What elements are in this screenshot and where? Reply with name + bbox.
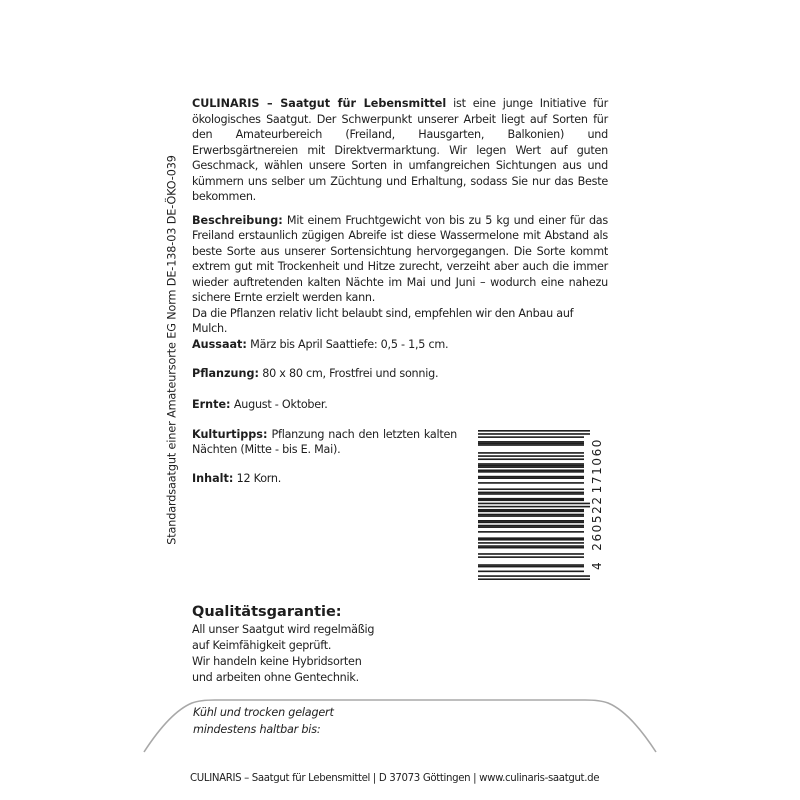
quality-title: Qualitätsgarantie: xyxy=(192,603,374,621)
main-text-block: CULINARIS – Saatgut für Lebensmittel ist… xyxy=(192,96,608,345)
field-kulturtipps: Kulturtipps: Pflanzung nach den letzten … xyxy=(192,427,457,457)
kulturtipps-label: Kulturtipps: xyxy=(192,428,267,441)
description-text: Mit einem Fruchtgewicht von bis zu 5 kg … xyxy=(192,214,608,305)
storage-note: Kühl und trocken gelagert mindestens hal… xyxy=(193,704,334,738)
inhalt-value: 12 Korn. xyxy=(233,472,281,485)
quality-line: Wir handeln keine Hybridsorten xyxy=(192,654,374,670)
quality-line: All unser Saatgut wird regelmäßig xyxy=(192,622,374,638)
description-note: Da die Pflanzen relativ licht belaubt si… xyxy=(192,306,608,337)
inhalt-label: Inhalt: xyxy=(192,472,233,485)
seed-packet-back: Standardsaatgut einer Amateursorte EG No… xyxy=(0,0,800,800)
barcode-group-2: 171060 xyxy=(590,438,604,493)
barcode xyxy=(478,430,590,580)
aussaat-label: Aussaat: xyxy=(192,338,247,351)
intro-text: ist eine junge Initiative für ökologisch… xyxy=(192,97,608,203)
storage-line: Kühl und trocken gelagert xyxy=(193,704,334,721)
field-inhalt: Inhalt: 12 Korn. xyxy=(192,472,281,485)
barcode-number: 4260522171060 xyxy=(590,438,604,570)
ernte-value: August - Oktober. xyxy=(231,398,328,411)
field-ernte: Ernte: August - Oktober. xyxy=(192,398,328,411)
description-paragraph: Beschreibung: Mit einem Fruchtgewicht vo… xyxy=(192,213,608,306)
pflanzung-label: Pflanzung: xyxy=(192,367,259,380)
ernte-label: Ernte: xyxy=(192,398,231,411)
quality-line: und arbeiten ohne Gentechnik. xyxy=(192,670,374,686)
quality-guarantee: Qualitätsgarantie: All unser Saatgut wir… xyxy=(192,603,374,686)
description-label: Beschreibung: xyxy=(192,214,283,227)
intro-paragraph: CULINARIS – Saatgut für Lebensmittel ist… xyxy=(192,96,608,205)
storage-line: mindestens haltbar bis: xyxy=(193,721,334,738)
brand-name: CULINARIS – Saatgut für Lebensmittel xyxy=(192,97,446,110)
field-aussaat: Aussaat: März bis April Saattiefe: 0,5 -… xyxy=(192,338,448,351)
footer-address: CULINARIS – Saatgut für Lebensmittel | D… xyxy=(190,773,599,784)
barcode-group-1: 260522 xyxy=(590,495,604,550)
quality-line: auf Keimfähigkeit geprüft. xyxy=(192,638,374,654)
field-pflanzung: Pflanzung: 80 x 80 cm, Frostfrei und son… xyxy=(192,367,438,380)
pflanzung-value: 80 x 80 cm, Frostfrei und sonnig. xyxy=(259,367,438,380)
aussaat-value: März bis April Saattiefe: 0,5 - 1,5 cm. xyxy=(247,338,448,351)
barcode-first-digit: 4 xyxy=(590,561,604,570)
certification-note: Standardsaatgut einer Amateursorte EG No… xyxy=(166,155,179,545)
